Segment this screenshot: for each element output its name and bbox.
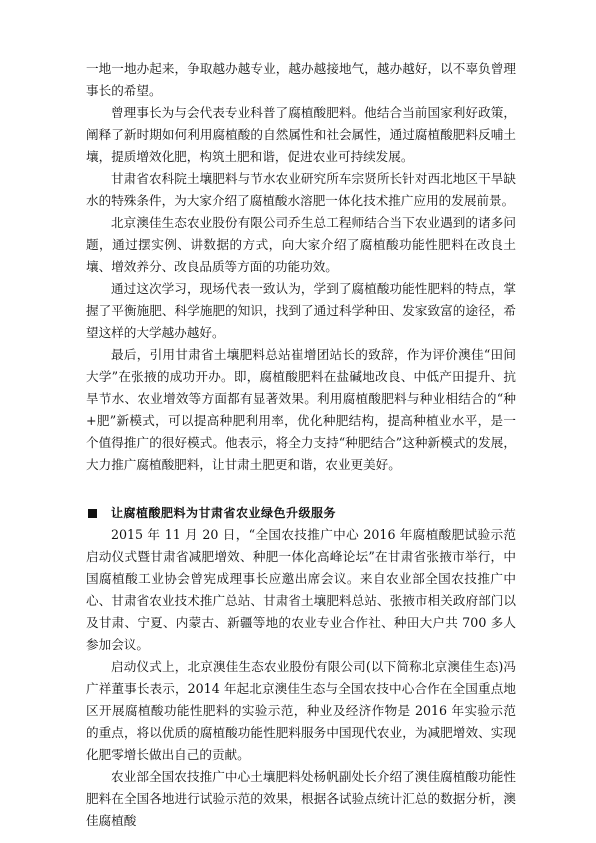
paragraph-zeng-speech: 曾理事长为与会代表专业科普了腐植酸肥料。他结合当前国家利好政策，阐释了新时期如何… xyxy=(86,102,516,168)
paragraph-closing: 最后，引用甘肃省土壤肥料总站崔增团站长的致辞，作为评价澳佳“田间大学”在张掖的成… xyxy=(86,344,516,476)
paragraph-yang-speech: 农业部全国农技推广中心土壤肥料处杨帆副处长介绍了澳佳腐植酸功能性肥料在全国各地进… xyxy=(86,766,516,832)
paragraph-continuation: 一地一地办起来，争取越办越专业，越办越接地气，越办越好，以不辜负曾理事长的希望。 xyxy=(86,58,516,102)
paragraph-event-intro: 2015 年 11 月 20 日，“全国农技推广中心 2016 年腐植酸肥试验示… xyxy=(86,524,516,656)
paragraph-ceremony: 启动仪式上，北京澳佳生态农业股份有限公司(以下简称北京澳佳生态)冯广祥董事长表示… xyxy=(86,656,516,766)
paragraph-qiao-speech: 北京澳佳生态农业股份有限公司乔生总工程师结合当下农业遇到的诸多问题，通过摆实例、… xyxy=(86,212,516,278)
section-heading: 让腐植酸肥料为甘肃省农业绿色升级服务 xyxy=(86,502,516,524)
paragraph-che-speech: 甘肃省农科院土壤肥料与节水农业研究所车宗贤所长针对西北地区干旱缺水的特殊条件，为… xyxy=(86,168,516,212)
section-heading-text: 让腐植酸肥料为甘肃省农业绿色升级服务 xyxy=(111,502,336,524)
paragraph-representatives: 通过这次学习，现场代表一致认为，学到了腐植酸功能性肥料的特点，掌握了平衡施肥、科… xyxy=(86,278,516,344)
document-page: 一地一地办起来，争取越办越专业，越办越接地气，越办越好，以不辜负曾理事长的希望。… xyxy=(86,58,516,832)
black-square-icon xyxy=(88,509,97,518)
